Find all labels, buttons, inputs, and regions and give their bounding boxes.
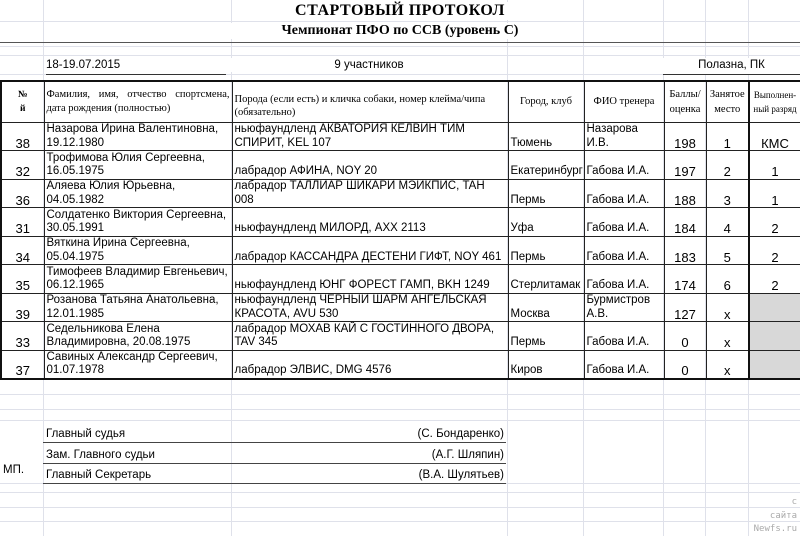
row-number: 38 <box>1 122 44 151</box>
watermark-line-1: с <box>792 497 797 507</box>
trainer-name: Бурмистров А.В. <box>584 293 664 322</box>
rank <box>749 293 800 322</box>
place: 1 <box>706 122 749 151</box>
city-club: Москва <box>508 293 584 322</box>
row-number: 37 <box>1 350 44 379</box>
score: 174 <box>664 265 706 294</box>
signature-role: Зам. Главного судьи <box>46 449 155 461</box>
row-number: 32 <box>1 151 44 180</box>
title-separator <box>0 42 800 43</box>
row-number: 35 <box>1 265 44 294</box>
dog-info: лабрадор ЭЛВИС, DMG 4576 <box>232 350 508 379</box>
rank: КМС <box>749 122 800 151</box>
place: 2 <box>706 151 749 180</box>
city-club: Киров <box>508 350 584 379</box>
city-club: Уфа <box>508 208 584 237</box>
score: 197 <box>664 151 706 180</box>
row-number: 31 <box>1 208 44 237</box>
score: 188 <box>664 179 706 208</box>
header-rank: Выполнен- ный разряд <box>749 81 800 122</box>
dog-info: ньюфаундленд МИЛОРД, AXX 2113 <box>232 208 508 237</box>
city-club: Екатеринбург <box>508 151 584 180</box>
table-row: 39Розанова Татьяна Анатольевна, 12.01.19… <box>1 293 800 322</box>
place: 4 <box>706 208 749 237</box>
dog-info: лабрадор АФИНА, NOY 20 <box>232 151 508 180</box>
athlete-name: Розанова Татьяна Анатольевна, 12.01.1985 <box>44 293 232 322</box>
trainer-name: Габова И.А. <box>584 151 664 180</box>
athlete-name: Назарова Ирина Валентиновна, 19.12.1980 <box>44 122 232 151</box>
score: 184 <box>664 208 706 237</box>
table-row: 38Назарова Ирина Валентиновна, 19.12.198… <box>1 122 800 151</box>
signature-line: Зам. Главного судьи(А.Г. Шляпин) <box>43 443 506 464</box>
rank: 2 <box>749 236 800 265</box>
table-row: 35Тимофеев Владимир Евгеньевич, 06.12.19… <box>1 265 800 294</box>
athlete-name: Савиных Александр Сергеевич, 01.07.1978 <box>44 350 232 379</box>
place: 6 <box>706 265 749 294</box>
score: 0 <box>664 350 706 379</box>
championship-title: Чемпионат ПФО по ССВ (уровень С) <box>230 23 570 39</box>
athlete-name: Вяткина Ирина Сергеевна, 05.04.1975 <box>44 236 232 265</box>
city-club: Тюмень <box>508 122 584 151</box>
signature-role: Главный Секретарь <box>46 469 151 481</box>
trainer-name: Назарова И.В. <box>584 122 664 151</box>
row-number: 36 <box>1 179 44 208</box>
dog-info: лабрадор МОХАВ КАЙ С ГОСТИННОГО ДВОРА, T… <box>232 322 508 351</box>
athlete-name: Аляева Юлия Юрьевна, 04.05.1982 <box>44 179 232 208</box>
signature-name: (С. Бондаренко) <box>418 428 504 440</box>
athlete-name: Седельникова Елена Владимировна, 20.08.1… <box>44 322 232 351</box>
signature-role: Главный судья <box>46 428 125 440</box>
score: 127 <box>664 293 706 322</box>
header-trainer: ФИО тренера <box>584 81 664 122</box>
trainer-name: Габова И.А. <box>584 208 664 237</box>
city-club: Пермь <box>508 179 584 208</box>
place: x <box>706 322 749 351</box>
score: 183 <box>664 236 706 265</box>
table-row: 34Вяткина Ирина Сергеевна, 05.04.1975лаб… <box>1 236 800 265</box>
athlete-name: Солдатенко Виктория Сергеевна, 30.05.199… <box>44 208 232 237</box>
participants-count: 9 участников <box>231 58 507 72</box>
place: 5 <box>706 236 749 265</box>
header-city: Город, клуб <box>508 81 584 122</box>
athlete-name: Тимофеев Владимир Евгеньевич, 06.12.1965 <box>44 265 232 294</box>
signature-name: (В.А. Шулятьев) <box>419 469 504 481</box>
signature-line: Главный судья(С. Бондаренко) <box>43 422 506 443</box>
score: 0 <box>664 322 706 351</box>
trainer-name: Габова И.А. <box>584 322 664 351</box>
header-score: Баллы/ оценка <box>664 81 706 122</box>
trainer-name: Габова И.А. <box>584 179 664 208</box>
row-number: 34 <box>1 236 44 265</box>
table-row: 31Солдатенко Виктория Сергеевна, 30.05.1… <box>1 208 800 237</box>
table-row: 36Аляева Юлия Юрьевна, 04.05.1982лабрадо… <box>1 179 800 208</box>
signature-line: Главный Секретарь(В.А. Шулятьев) <box>43 463 506 484</box>
header-dog: Порода (если есть) и кличка собаки, номе… <box>232 81 508 122</box>
table-row: 37Савиных Александр Сергеевич, 01.07.197… <box>1 350 800 379</box>
dog-info: лабрадор ТАЛЛИАР ШИКАРИ МЭЙКПИС, TAH 008 <box>232 179 508 208</box>
signature-name: (А.Г. Шляпин) <box>432 449 504 461</box>
trainer-name: Габова И.А. <box>584 350 664 379</box>
dog-info: ньюфаундленд АКВАТОРИЯ КЕЛВИН ТИМ СПИРИТ… <box>232 122 508 151</box>
rank: 2 <box>749 265 800 294</box>
row-number: 39 <box>1 293 44 322</box>
header-num: №й <box>1 81 44 122</box>
row-number: 33 <box>1 322 44 351</box>
city-club: Стерлитамак <box>508 265 584 294</box>
header-athlete: Фамилия, имя, отчество спортсмена, дата … <box>44 81 232 122</box>
trainer-name: Габова И.А. <box>584 236 664 265</box>
score: 198 <box>664 122 706 151</box>
table-row: 32Трофимова Юлия Сергеевна, 16.05.1975ла… <box>1 151 800 180</box>
city-club: Пермь <box>508 236 584 265</box>
watermark-line-3: Newfs.ru <box>754 524 797 534</box>
rank: 1 <box>749 151 800 180</box>
header-place: Занятое место <box>706 81 749 122</box>
start-protocol-table: №й Фамилия, имя, отчество спортсмена, да… <box>0 80 800 380</box>
place: x <box>706 293 749 322</box>
dog-info: лабрадор КАССАНДРА ДЕСТЕНИ ГИФТ, NOY 461 <box>232 236 508 265</box>
rank <box>749 322 800 351</box>
dog-info: ньюфаундленд ЧЕРНЫЙ ШАРМ АНГЕЛЬСКАЯ КРАС… <box>232 293 508 322</box>
protocol-title: СТАРТОВЫЙ ПРОТОКОЛ <box>250 2 550 20</box>
table-header-row: №й Фамилия, имя, отчество спортсмена, да… <box>1 81 800 122</box>
rank: 2 <box>749 208 800 237</box>
city-club: Пермь <box>508 322 584 351</box>
trainer-name: Габова И.А. <box>584 265 664 294</box>
stamp-placeholder: МП. <box>3 464 24 476</box>
event-date: 18-19.07.2015 <box>46 58 226 75</box>
dog-info: ньюфаундленд ЮНГ ФОРЕСТ ГАМП, BKH 1249 <box>232 265 508 294</box>
rank <box>749 350 800 379</box>
place: x <box>706 350 749 379</box>
rank: 1 <box>749 179 800 208</box>
watermark-line-2: сайта <box>770 511 797 521</box>
place: 3 <box>706 179 749 208</box>
event-location: Полазна, ПК <box>663 58 800 75</box>
athlete-name: Трофимова Юлия Сергеевна, 16.05.1975 <box>44 151 232 180</box>
table-row: 33Седельникова Елена Владимировна, 20.08… <box>1 322 800 351</box>
